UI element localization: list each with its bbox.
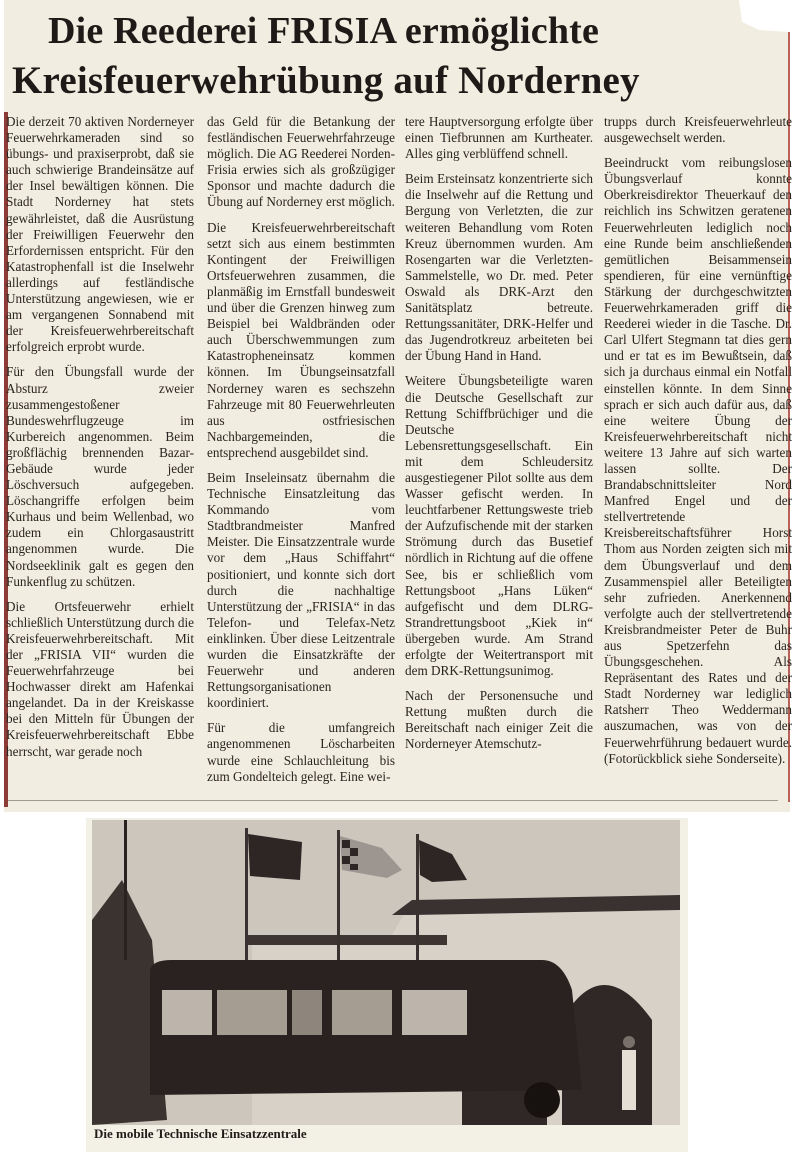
- headline-line-1: Die Reederei FRISIA ermöglichte: [48, 6, 788, 56]
- paragraph: Beim Ersteinsatz konzentrierte sich die …: [405, 171, 593, 364]
- paragraph: Weitere Übungsbeteiligte waren die Deuts…: [405, 373, 593, 679]
- paragraph: trupps durch Kreisfeuerwehrleute ausgewe…: [604, 114, 792, 146]
- paragraph: Für den Übungsfall wurde der Absturz zwe…: [6, 364, 194, 589]
- paragraph: tere Hauptversorgung erfolgte über einen…: [405, 114, 593, 162]
- article-column-3: tere Hauptversorgung erfolgte über einen…: [405, 114, 593, 762]
- paragraph: Beeindruckt vom reibungslosen Übungsverl…: [604, 155, 792, 767]
- article-column-4: trupps durch Kreisfeuerwehrleute ausgewe…: [604, 114, 792, 776]
- article-column-1: Die derzeit 70 aktiven Norderneyer Feuer…: [6, 114, 194, 769]
- paragraph: Beim Inseleinsatz übernahm die Technisch…: [207, 470, 395, 711]
- article-headline: Die Reederei FRISIA ermöglichte Kreisfeu…: [8, 6, 788, 106]
- clipping-bottom-rule: [8, 800, 778, 801]
- paragraph: Die derzeit 70 aktiven Norderneyer Feuer…: [6, 114, 194, 355]
- paragraph: Die Ortsfeuerwehr erhielt schließlich Un…: [6, 599, 194, 760]
- headline-line-2: Kreisfeuerwehrübung auf Norderney: [12, 56, 788, 106]
- bus-building-flags-illustration: [92, 820, 680, 1125]
- paragraph: Die Kreisfeuerwehrbereitschaft setzt sic…: [207, 220, 395, 461]
- article-photo: [92, 820, 680, 1125]
- photo-caption: Die mobile Technische Einsatzzentrale: [94, 1126, 313, 1142]
- paragraph: das Geld für die Betankung der festländi…: [207, 114, 395, 211]
- paragraph: Für die umfangreich angenommenen Löschar…: [207, 720, 395, 784]
- article-column-2: das Geld für die Betankung der festländi…: [207, 114, 395, 794]
- paragraph: Nach der Personensuche und Rettung mußte…: [405, 688, 593, 752]
